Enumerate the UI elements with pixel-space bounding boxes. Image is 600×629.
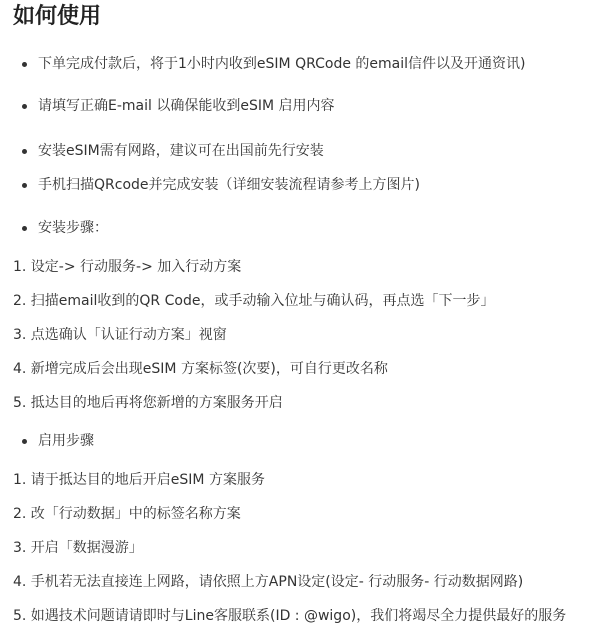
list-item: 安装eSIM需有网路，建议可在出国前先行安装 <box>38 141 324 161</box>
list-item: 手机扫描QRcode并完成安装（详细安装流程请参考上方图片) <box>38 175 420 195</box>
list-item: 请填写正确E-mail 以确保能收到eSIM 启用内容 <box>38 96 335 116</box>
install-step: 5. 抵达目的地后再将您新增的方案服务开启 <box>13 393 283 413</box>
enable-step: 5. 如遇技术问题请请即时与Line客服联系(ID : @wigo)，我们将竭尽… <box>13 606 566 626</box>
page-title: 如何使用 <box>13 2 101 32</box>
install-step: 1. 设定-> 行动服务-> 加入行动方案 <box>13 257 241 277</box>
enable-step: 2. 改「行动数据」中的标签名称方案 <box>13 504 241 524</box>
install-heading: 安装步骤： <box>38 218 108 238</box>
enable-step: 1. 请于抵达目的地后开启eSIM 方案服务 <box>13 470 265 490</box>
install-step: 2. 扫描email收到的QR Code，或手动输入位址与确认码，再点选「下一步… <box>13 291 494 311</box>
enable-heading: 启用步骤 <box>38 431 94 451</box>
install-step: 4. 新增完成后会出现eSIM 方案标签(次要)，可自行更改名称 <box>13 359 388 379</box>
install-step: 3. 点选确认「认证行动方案」视窗 <box>13 325 227 345</box>
enable-step: 4. 手机若无法直接连上网路，请依照上方APN设定(设定- 行动服务- 行动数据… <box>13 572 523 592</box>
enable-step: 3. 开启「数据漫游」 <box>13 538 143 558</box>
list-item: 下单完成付款后，将于1小时内收到eSIM QRCode 的email信件以及开通… <box>38 54 525 74</box>
